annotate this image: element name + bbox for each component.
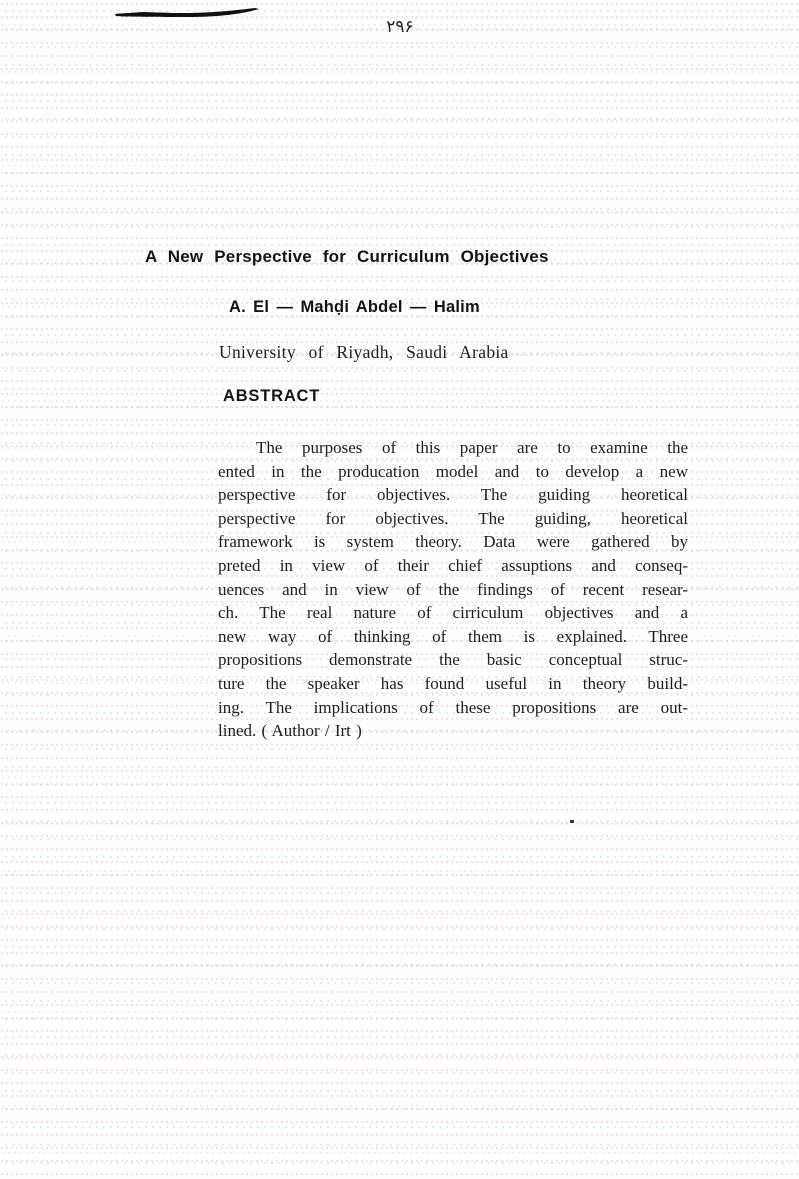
article-title: A New Perspective for Curriculum Objecti… bbox=[145, 247, 549, 267]
abstract-heading: ABSTRACT bbox=[223, 387, 320, 406]
ink-stroke-mark bbox=[113, 6, 263, 24]
abstract-line: propositions demonstrate the basic conce… bbox=[218, 648, 688, 672]
abstract-paragraph: The purposes of this paper are to examin… bbox=[218, 436, 688, 743]
abstract-line: ch. The real nature of cirriculum object… bbox=[218, 601, 688, 625]
scanned-paper-page: ۲۹۶ A New Perspective for Curriculum Obj… bbox=[0, 0, 799, 1179]
abstract-line: new way of thinking of them is explained… bbox=[218, 625, 688, 649]
abstract-line: ture the speaker has found useful in the… bbox=[218, 672, 688, 696]
affiliation-line: University of Riyadh, Saudi Arabia bbox=[219, 342, 509, 363]
author-line: A. El — Mahḍi Abdel — Halim bbox=[229, 298, 480, 317]
abstract-line: ented in the producation model and to de… bbox=[218, 460, 688, 484]
abstract-line: perspective for objectives. The guiding,… bbox=[218, 507, 688, 531]
abstract-line: ing. The implications of these propositi… bbox=[218, 696, 688, 720]
abstract-line: preted in view of their chief assuptions… bbox=[218, 554, 688, 578]
page-number: ۲۹۶ bbox=[340, 17, 460, 37]
abstract-line: lined. ( Author / Irt ) bbox=[218, 719, 688, 743]
abstract-line: framework is system theory. Data were ga… bbox=[218, 530, 688, 554]
abstract-line: uences and in view of the findings of re… bbox=[218, 578, 688, 602]
abstract-line: The purposes of this paper are to examin… bbox=[218, 436, 688, 460]
scan-speck bbox=[570, 820, 574, 823]
abstract-line: perspective for objectives. The guiding … bbox=[218, 483, 688, 507]
